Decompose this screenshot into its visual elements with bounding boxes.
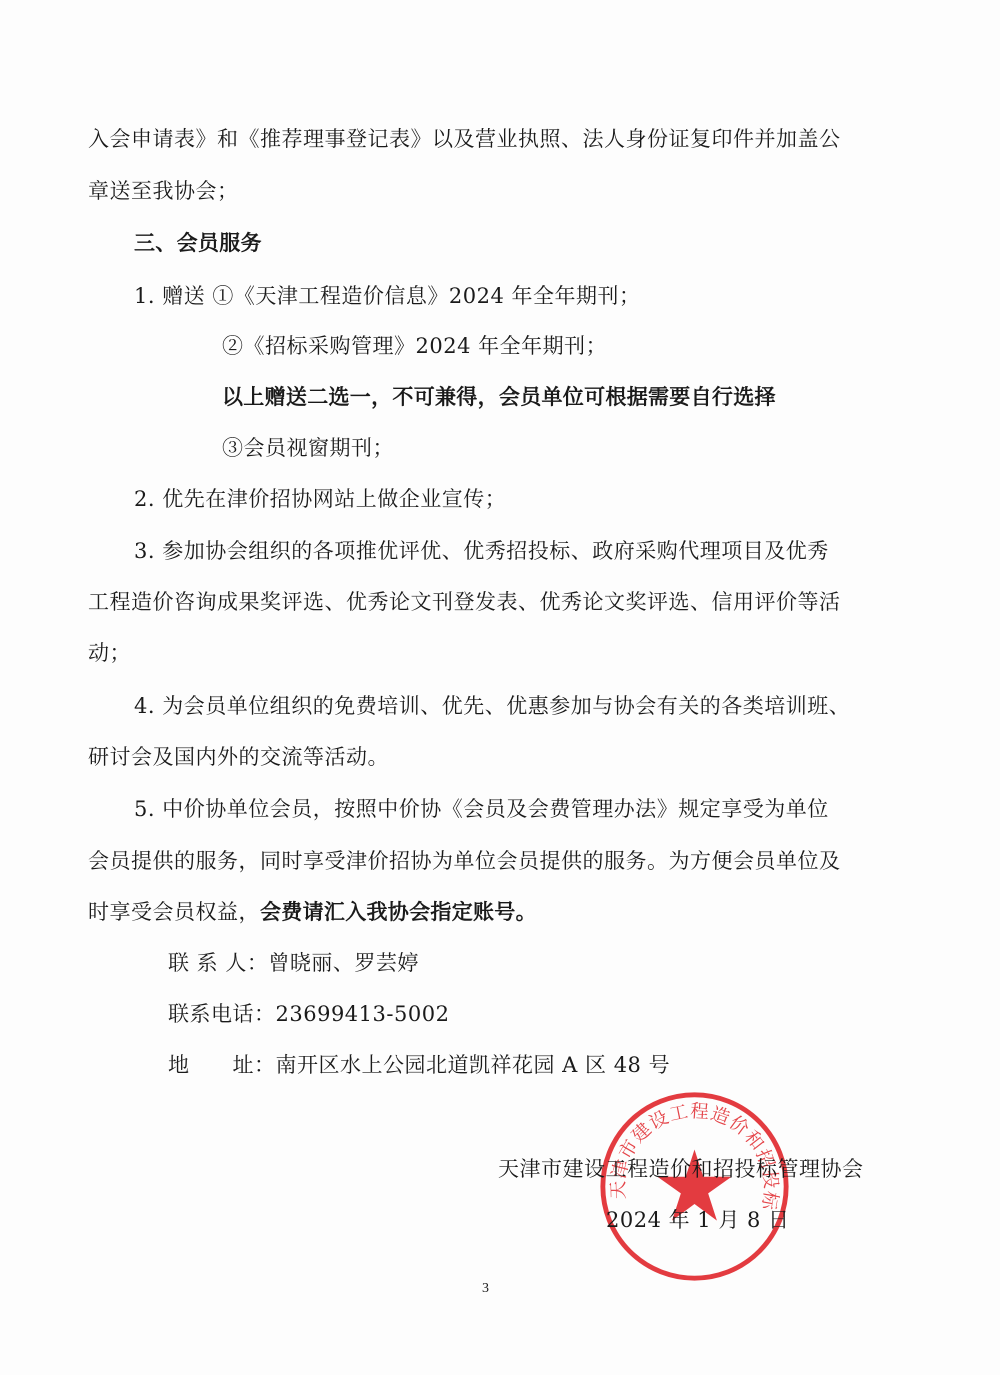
item3-line2: 工程造价咨询成果奖评选、优秀论文刊登发表、优秀论文奖评选、信用评价等活 (88, 589, 841, 615)
contact-phone-value: 23699413-5002 (276, 1002, 450, 1026)
item5-line3: 时享受会员权益，会费请汇入我协会指定账号。 (88, 899, 537, 925)
signature-date: 2024 年 1 月 8 日 (606, 1207, 790, 1233)
contact-person: 联 系 人：曾晓丽、罗芸婷 (168, 950, 419, 976)
item1-note: 以上赠送二选一，不可兼得，会员单位可根据需要自行选择 (222, 384, 776, 410)
section-heading: 三、会员服务 (134, 230, 262, 256)
intro-line-2: 章送至我协会； (88, 178, 239, 204)
item2: 2. 优先在津价招协网站上做企业宣传； (134, 486, 506, 512)
contact-address: 地 址：南开区水上公园北道凯祥花园 A 区 48 号 (168, 1052, 670, 1078)
item5-line3-bold: 会费请汇入我协会指定账号。 (260, 900, 537, 924)
item1-line2: ②《招标采购管理》2024 年全年期刊； (222, 333, 607, 359)
contact-phone-label: 联系电话： (168, 1002, 276, 1026)
contact-address-label: 地 址： (168, 1053, 276, 1077)
item5-line3-plain: 时享受会员权益， (88, 900, 260, 924)
contact-person-label: 联 系 人： (168, 951, 268, 975)
contact-phone: 联系电话：23699413-5002 (168, 1001, 449, 1027)
item4-line2: 研讨会及国内外的交流等活动。 (88, 744, 389, 770)
item4-line1: 4. 为会员单位组织的免费培训、优先、优惠参加与协会有关的各类培训班、 (134, 693, 850, 719)
item1-line1: 1. 赠送 ①《天津工程造价信息》2024 年全年期刊； (134, 283, 641, 309)
contact-address-value: 南开区水上公园北道凯祥花园 A 区 48 号 (276, 1053, 671, 1077)
item3-line3: 动； (88, 640, 131, 666)
contact-person-value: 曾晓丽、罗芸婷 (268, 951, 419, 975)
item5-line2: 会员提供的服务，同时享受津价招协为单位会员提供的服务。为方便会员单位及 (88, 848, 841, 874)
intro-line-1: 入会申请表》和《推荐理事登记表》以及营业执照、法人身份证复印件并加盖公 (88, 126, 841, 152)
item1-line3: ③会员视窗期刊； (222, 435, 394, 461)
page-number: 3 (482, 1281, 489, 1297)
item5-line1: 5. 中价协单位会员，按照中价协《会员及会费管理办法》规定享受为单位 (134, 796, 829, 822)
official-seal-icon: 天津市建设工程造价和招投标管理协会 (597, 1089, 792, 1284)
signature-organization: 天津市建设工程造价和招投标管理协会 (498, 1156, 864, 1182)
item3-line1: 3. 参加协会组织的各项推优评优、优秀招投标、政府采购代理项目及优秀 (134, 538, 829, 564)
